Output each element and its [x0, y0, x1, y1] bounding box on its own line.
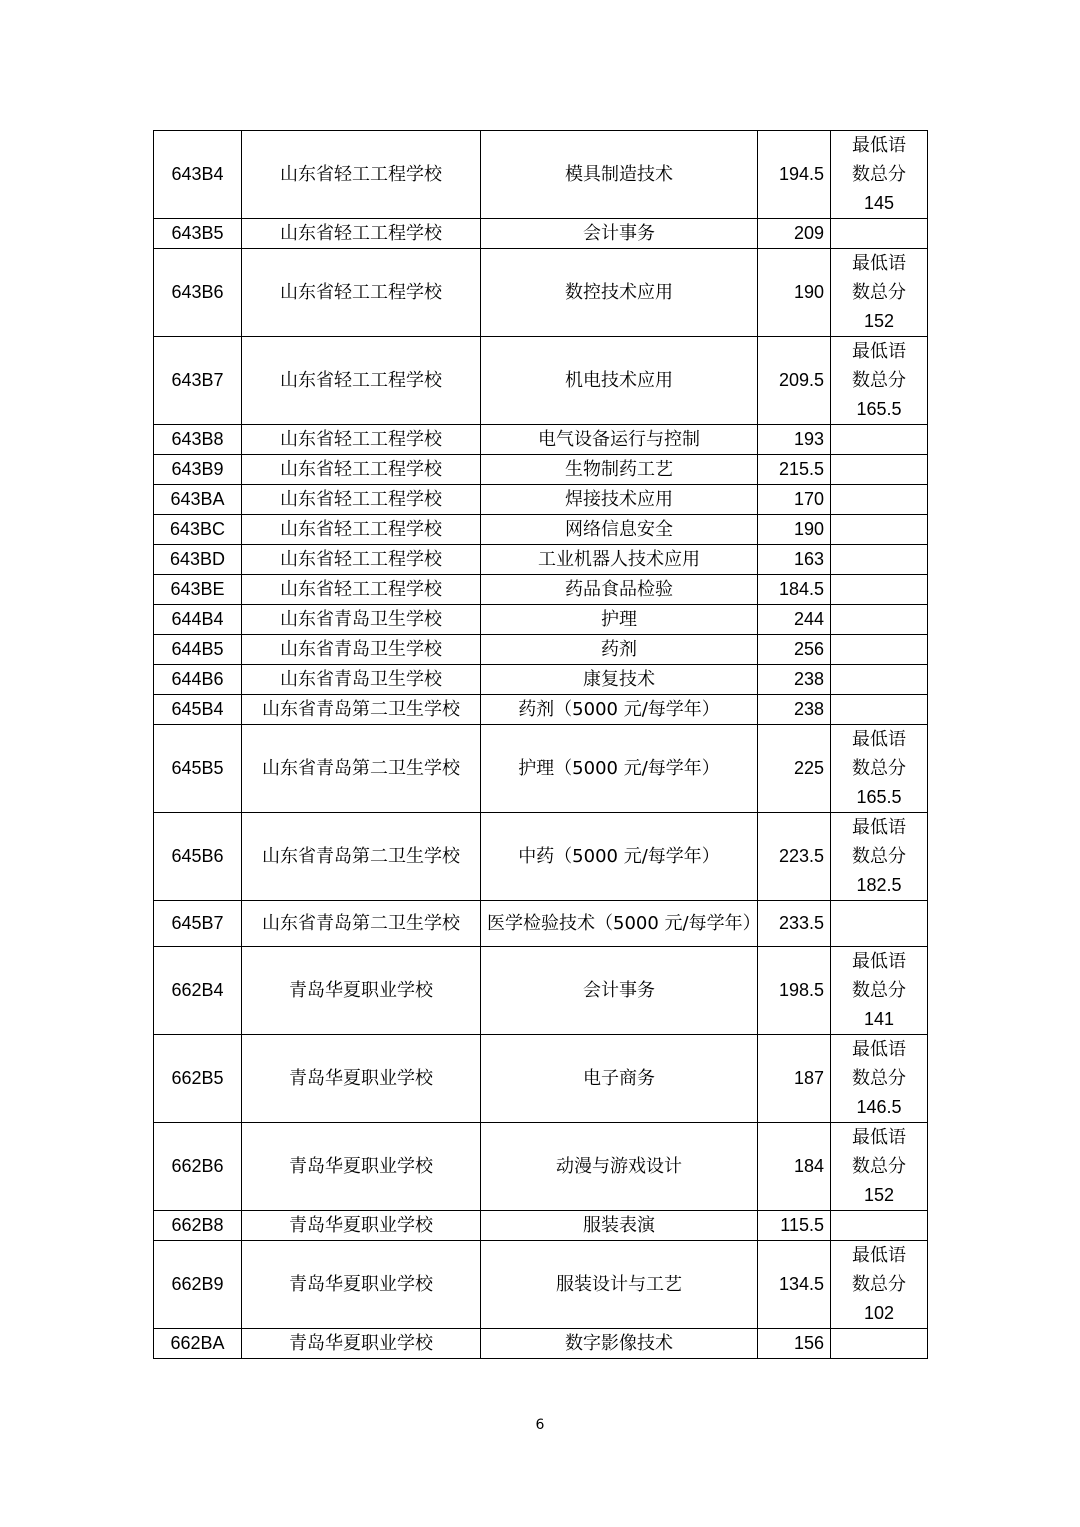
school-name: 山东省青岛第二卫生学校 [242, 813, 481, 901]
table-row: 643BA山东省轻工工程学校焊接技术应用170 [154, 485, 928, 515]
note-line: 数总分 [837, 278, 921, 307]
note-cell: 最低语数总分152 [831, 249, 928, 337]
school-name: 青岛华夏职业学校 [242, 1329, 481, 1359]
table-row: 643BC山东省轻工工程学校网络信息安全190 [154, 515, 928, 545]
major-name: 工业机器人技术应用 [481, 545, 758, 575]
school-major-code: 644B6 [154, 665, 242, 695]
school-name: 山东省青岛第二卫生学校 [242, 901, 481, 947]
table-row: 644B6山东省青岛卫生学校康复技术238 [154, 665, 928, 695]
school-major-code: 643BD [154, 545, 242, 575]
min-score: 134.5 [758, 1241, 831, 1329]
note-cell [831, 485, 928, 515]
min-score: 209 [758, 219, 831, 249]
note-line: 最低语 [837, 1123, 921, 1152]
document-page: 643B4山东省轻工工程学校模具制造技术194.5最低语数总分145643B5山… [0, 0, 1080, 1527]
min-score: 209.5 [758, 337, 831, 425]
major-name: 药剂 [481, 635, 758, 665]
min-score: 184.5 [758, 575, 831, 605]
school-name: 山东省青岛卫生学校 [242, 635, 481, 665]
note-line: 最低语 [837, 1035, 921, 1064]
school-name: 山东省轻工工程学校 [242, 545, 481, 575]
table-body: 643B4山东省轻工工程学校模具制造技术194.5最低语数总分145643B5山… [154, 131, 928, 1359]
major-name: 焊接技术应用 [481, 485, 758, 515]
min-score: 115.5 [758, 1211, 831, 1241]
school-major-code: 662B4 [154, 947, 242, 1035]
school-name: 山东省轻工工程学校 [242, 485, 481, 515]
major-name: 药剂（5000 元/每学年） [481, 695, 758, 725]
min-score: 187 [758, 1035, 831, 1123]
note-cell [831, 219, 928, 249]
major-name: 模具制造技术 [481, 131, 758, 219]
school-name: 青岛华夏职业学校 [242, 1035, 481, 1123]
school-name: 山东省青岛第二卫生学校 [242, 695, 481, 725]
min-score: 225 [758, 725, 831, 813]
min-score: 223.5 [758, 813, 831, 901]
min-score: 190 [758, 515, 831, 545]
major-name: 会计事务 [481, 947, 758, 1035]
school-name: 山东省轻工工程学校 [242, 455, 481, 485]
note-cell: 最低语数总分102 [831, 1241, 928, 1329]
min-score: 184 [758, 1123, 831, 1211]
school-name: 山东省轻工工程学校 [242, 515, 481, 545]
school-name: 青岛华夏职业学校 [242, 1211, 481, 1241]
note-line: 数总分 [837, 1270, 921, 1299]
note-line: 最低语 [837, 1241, 921, 1270]
major-name: 动漫与游戏设计 [481, 1123, 758, 1211]
major-name: 会计事务 [481, 219, 758, 249]
table-row: 643B7山东省轻工工程学校机电技术应用209.5最低语数总分165.5 [154, 337, 928, 425]
school-major-code: 645B7 [154, 901, 242, 947]
min-score: 256 [758, 635, 831, 665]
note-line: 最低语 [837, 947, 921, 976]
table-row: 643B9山东省轻工工程学校生物制药工艺215.5 [154, 455, 928, 485]
table-row: 645B5山东省青岛第二卫生学校护理（5000 元/每学年）225最低语数总分1… [154, 725, 928, 813]
major-name: 生物制药工艺 [481, 455, 758, 485]
school-major-code: 645B5 [154, 725, 242, 813]
min-score: 233.5 [758, 901, 831, 947]
admission-score-table: 643B4山东省轻工工程学校模具制造技术194.5最低语数总分145643B5山… [153, 130, 928, 1359]
note-line: 数总分 [837, 1152, 921, 1181]
school-name: 山东省轻工工程学校 [242, 337, 481, 425]
major-name: 电子商务 [481, 1035, 758, 1123]
note-line: 数总分 [837, 1064, 921, 1093]
min-score: 244 [758, 605, 831, 635]
note-line: 最低语 [837, 249, 921, 278]
table-row: 662BA青岛华夏职业学校数字影像技术156 [154, 1329, 928, 1359]
table-row: 662B8青岛华夏职业学校服装表演115.5 [154, 1211, 928, 1241]
table-row: 643B6山东省轻工工程学校数控技术应用190最低语数总分152 [154, 249, 928, 337]
table-row: 644B5山东省青岛卫生学校药剂256 [154, 635, 928, 665]
major-name: 数字影像技术 [481, 1329, 758, 1359]
note-cell: 最低语数总分145 [831, 131, 928, 219]
table-row: 643B5山东省轻工工程学校会计事务209 [154, 219, 928, 249]
school-major-code: 643B5 [154, 219, 242, 249]
school-name: 山东省轻工工程学校 [242, 219, 481, 249]
min-score: 163 [758, 545, 831, 575]
major-name: 机电技术应用 [481, 337, 758, 425]
note-cell [831, 575, 928, 605]
table-row: 644B4山东省青岛卫生学校护理244 [154, 605, 928, 635]
school-major-code: 645B6 [154, 813, 242, 901]
note-cell: 最低语数总分146.5 [831, 1035, 928, 1123]
school-major-code: 643B9 [154, 455, 242, 485]
min-score: 156 [758, 1329, 831, 1359]
table-row: 643B4山东省轻工工程学校模具制造技术194.5最低语数总分145 [154, 131, 928, 219]
note-cell [831, 425, 928, 455]
min-score: 238 [758, 665, 831, 695]
note-line: 152 [837, 1181, 921, 1210]
school-major-code: 643B7 [154, 337, 242, 425]
table-row: 645B7山东省青岛第二卫生学校医学检验技术（5000 元/每学年）233.5 [154, 901, 928, 947]
school-major-code: 645B4 [154, 695, 242, 725]
note-line: 数总分 [837, 366, 921, 395]
note-cell [831, 695, 928, 725]
table-row: 662B4青岛华夏职业学校会计事务198.5最低语数总分141 [154, 947, 928, 1035]
note-cell [831, 665, 928, 695]
school-name: 山东省青岛第二卫生学校 [242, 725, 481, 813]
school-major-code: 662B5 [154, 1035, 242, 1123]
major-name: 药品食品检验 [481, 575, 758, 605]
table-row: 662B6青岛华夏职业学校动漫与游戏设计184最低语数总分152 [154, 1123, 928, 1211]
major-name: 数控技术应用 [481, 249, 758, 337]
min-score: 193 [758, 425, 831, 455]
note-cell [831, 635, 928, 665]
school-major-code: 643B8 [154, 425, 242, 455]
min-score: 194.5 [758, 131, 831, 219]
note-line: 141 [837, 1005, 921, 1034]
major-name: 电气设备运行与控制 [481, 425, 758, 455]
school-major-code: 643B6 [154, 249, 242, 337]
min-score: 190 [758, 249, 831, 337]
note-line: 最低语 [837, 813, 921, 842]
note-line: 102 [837, 1299, 921, 1328]
table-row: 662B9青岛华夏职业学校服装设计与工艺134.5最低语数总分102 [154, 1241, 928, 1329]
note-line: 182.5 [837, 871, 921, 900]
note-cell [831, 545, 928, 575]
min-score: 170 [758, 485, 831, 515]
major-name: 中药（5000 元/每学年） [481, 813, 758, 901]
school-major-code: 662BA [154, 1329, 242, 1359]
note-line: 最低语 [837, 725, 921, 754]
school-name: 青岛华夏职业学校 [242, 1241, 481, 1329]
note-line: 数总分 [837, 842, 921, 871]
note-cell: 最低语数总分165.5 [831, 337, 928, 425]
major-name: 康复技术 [481, 665, 758, 695]
school-name: 山东省青岛卫生学校 [242, 605, 481, 635]
table-row: 643B8山东省轻工工程学校电气设备运行与控制193 [154, 425, 928, 455]
note-line: 145 [837, 189, 921, 218]
note-line: 数总分 [837, 754, 921, 783]
table-row: 643BD山东省轻工工程学校工业机器人技术应用163 [154, 545, 928, 575]
table-row: 645B4山东省青岛第二卫生学校药剂（5000 元/每学年）238 [154, 695, 928, 725]
school-major-code: 643B4 [154, 131, 242, 219]
major-name: 服装设计与工艺 [481, 1241, 758, 1329]
school-major-code: 662B6 [154, 1123, 242, 1211]
note-line: 152 [837, 307, 921, 336]
school-name: 青岛华夏职业学校 [242, 947, 481, 1035]
note-cell [831, 515, 928, 545]
note-line: 数总分 [837, 976, 921, 1005]
major-name: 护理（5000 元/每学年） [481, 725, 758, 813]
major-name: 护理 [481, 605, 758, 635]
page-number: 6 [0, 1417, 1080, 1433]
note-line: 数总分 [837, 160, 921, 189]
table-row: 645B6山东省青岛第二卫生学校中药（5000 元/每学年）223.5最低语数总… [154, 813, 928, 901]
note-cell: 最低语数总分141 [831, 947, 928, 1035]
school-major-code: 662B9 [154, 1241, 242, 1329]
min-score: 215.5 [758, 455, 831, 485]
school-name: 山东省轻工工程学校 [242, 425, 481, 455]
note-cell [831, 901, 928, 947]
note-line: 最低语 [837, 131, 921, 160]
school-name: 青岛华夏职业学校 [242, 1123, 481, 1211]
note-cell [831, 1211, 928, 1241]
school-major-code: 644B5 [154, 635, 242, 665]
major-name: 服装表演 [481, 1211, 758, 1241]
table-row: 662B5青岛华夏职业学校电子商务187最低语数总分146.5 [154, 1035, 928, 1123]
note-cell [831, 1329, 928, 1359]
note-line: 165.5 [837, 395, 921, 424]
note-cell: 最低语数总分152 [831, 1123, 928, 1211]
note-cell [831, 605, 928, 635]
note-cell: 最低语数总分165.5 [831, 725, 928, 813]
note-line: 最低语 [837, 337, 921, 366]
table-row: 643BE山东省轻工工程学校药品食品检验184.5 [154, 575, 928, 605]
school-name: 山东省轻工工程学校 [242, 131, 481, 219]
min-score: 198.5 [758, 947, 831, 1035]
note-cell [831, 455, 928, 485]
note-line: 165.5 [837, 783, 921, 812]
school-name: 山东省轻工工程学校 [242, 249, 481, 337]
school-major-code: 643BC [154, 515, 242, 545]
note-line: 146.5 [837, 1093, 921, 1122]
school-name: 山东省轻工工程学校 [242, 575, 481, 605]
school-major-code: 644B4 [154, 605, 242, 635]
major-name: 医学检验技术（5000 元/每学年） [481, 901, 758, 947]
note-cell: 最低语数总分182.5 [831, 813, 928, 901]
school-major-code: 662B8 [154, 1211, 242, 1241]
school-major-code: 643BA [154, 485, 242, 515]
min-score: 238 [758, 695, 831, 725]
major-name: 网络信息安全 [481, 515, 758, 545]
school-major-code: 643BE [154, 575, 242, 605]
school-name: 山东省青岛卫生学校 [242, 665, 481, 695]
